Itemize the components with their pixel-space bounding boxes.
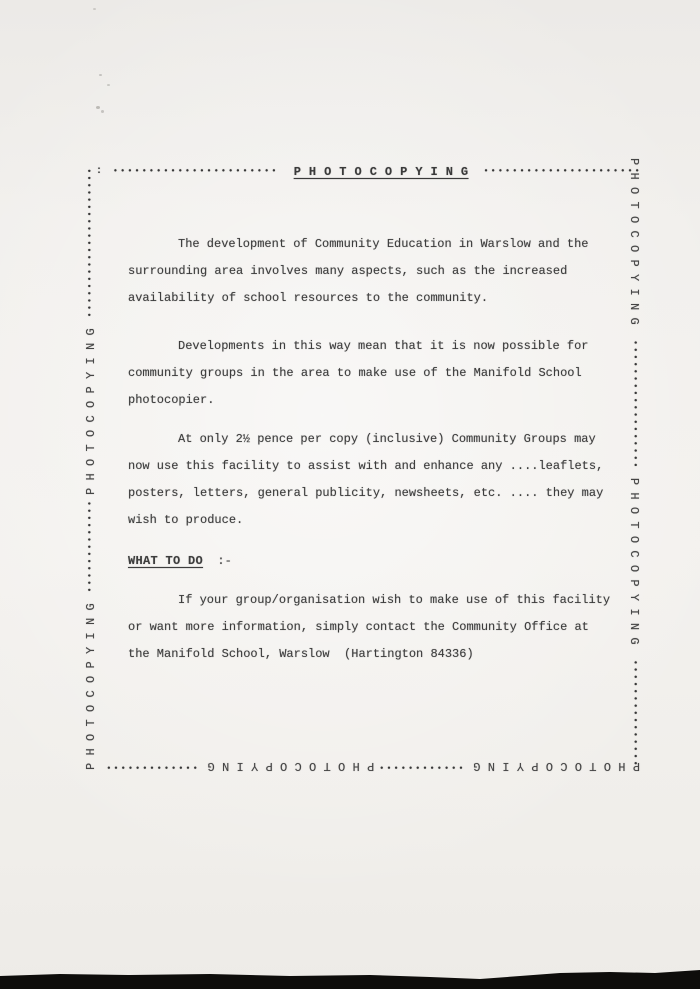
text-line: availability of school resources to the …: [128, 285, 614, 312]
dotted-line-left-upper: •••••••••••••••••••••: [87, 166, 95, 317]
vertical-word-photocopying: PHOTOCOPYING: [628, 158, 640, 332]
dotted-line-bottom-left: •••••••••••••: [104, 762, 198, 770]
text-line: wish to produce.: [128, 507, 614, 534]
upside-down-word-photocopying: PHOTOCOPYING: [200, 760, 374, 772]
dotted-line-right-mid: ••••••••••••••••••: [630, 340, 638, 470]
text-line: posters, letters, general publicity, new…: [128, 480, 614, 507]
scanned-document-page: : ••••••••••••••••••••••• P H O T O C O …: [0, 0, 700, 989]
bottom-border: PHOTOCOPYING •••••••••••• PHOTOCOPYING •…: [104, 757, 640, 775]
paper-speck: [93, 8, 96, 10]
paragraph-community-education: The development of Community Education i…: [128, 231, 614, 312]
text-line: Developments in this way mean that it is…: [128, 333, 614, 360]
text-line: At only 2½ pence per copy (inclusive) Co…: [128, 426, 614, 453]
paragraph-pricing: At only 2½ pence per copy (inclusive) Co…: [128, 426, 614, 534]
text-line: community groups in the area to make use…: [128, 360, 614, 387]
dotted-line-left-mid: •••••••••••••: [87, 499, 95, 593]
paper-speck: [96, 106, 100, 109]
heading-text: WHAT TO DO: [128, 554, 203, 568]
paragraph-developments: Developments in this way mean that it is…: [128, 333, 614, 414]
top-border: : ••••••••••••••••••••••• P H O T O C O …: [96, 161, 642, 183]
paper-speck: [107, 84, 110, 86]
dotted-line-top-left: •••••••••••••••••••••••: [113, 168, 279, 176]
dotted-line-right-lower: •••••••••••••••: [630, 660, 638, 768]
scan-edge-shadow: [0, 969, 700, 989]
paper-speck: [101, 110, 104, 113]
text-line: The development of Community Education i…: [128, 231, 614, 258]
left-border: PHOTOCOPYING ••••••••••••• PHOTOCOPYING …: [83, 166, 99, 770]
right-border: PHOTOCOPYING •••••••••••••••••• PHOTOCOP…: [626, 158, 642, 768]
vertical-word-photocopying: PHOTOCOPYING: [85, 596, 97, 770]
text-line: photocopier.: [128, 387, 614, 414]
text-line: now use this facility to assist with and…: [128, 453, 614, 480]
text-line: the Manifold School, Warslow (Hartington…: [128, 641, 614, 668]
upside-down-word-photocopying: PHOTOCOPYING: [466, 760, 640, 772]
heading-suffix: :-: [203, 554, 232, 568]
what-to-do-heading: WHAT TO DO :-: [128, 548, 614, 575]
vertical-word-photocopying: PHOTOCOPYING: [628, 478, 640, 652]
text-line: surrounding area involves many aspects, …: [128, 258, 614, 285]
dotted-line-bottom-mid: ••••••••••••: [377, 762, 463, 770]
document-body: The development of Community Education i…: [128, 231, 614, 668]
paragraph-contact: If your group/organisation wish to make …: [128, 587, 614, 668]
text-line: If your group/organisation wish to make …: [128, 587, 614, 614]
vertical-word-photocopying: PHOTOCOPYING: [85, 321, 97, 495]
dotted-line-top-right: ••••••••••••••••••••••: [484, 168, 642, 176]
text-line: or want more information, simply contact…: [128, 614, 614, 641]
paper-speck: [99, 74, 102, 76]
page-title: P H O T O C O P Y I N G: [290, 165, 473, 179]
